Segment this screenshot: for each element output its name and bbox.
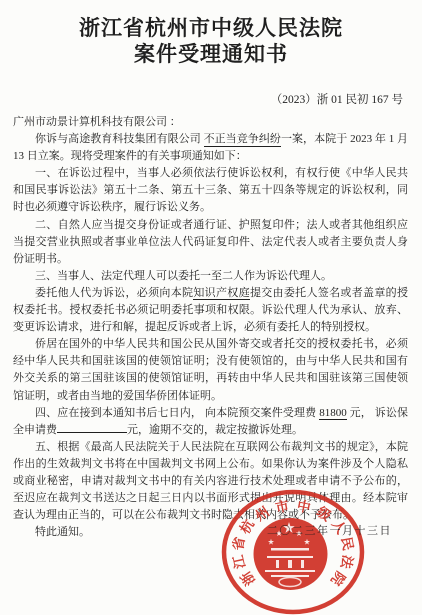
case-acceptance-notice: 浙江省杭州市中级人民法院 案件受理通知书 （2023）浙 01 民初 167 号… (0, 0, 422, 615)
text-segment: 侨居在国外的中华人民共和国公民从国外寄交或者托交的授权委托书，必须经中华人民共和… (13, 338, 408, 401)
text-segment: 你诉与高途教育科技集团有限公司 (35, 133, 204, 145)
fee-amount-blank (57, 422, 127, 433)
text-segment: 一、在诉讼过程中，当事人必须依法行使诉讼权利，有权行使《中华人民共和国民事诉讼法… (13, 167, 408, 213)
paragraph: 一、在诉讼过程中，当事人必须依法行使诉讼权利，有权行使《中华人民共和国民事诉讼法… (13, 165, 408, 216)
paragraph: 三、当事人、法定代理人可以委托一至二人作为诉讼代理人。 (13, 268, 408, 285)
paragraph-list: 你诉与高途教育科技集团有限公司 不正当竞争纠纷一案，本院于 2023 年 1 月… (13, 131, 408, 541)
seal-character: 江 (230, 553, 248, 571)
seal-character: 省 (229, 535, 247, 552)
court-name-title: 浙江省杭州市中级人民法院 (0, 0, 422, 41)
document-title: 案件受理通知书 (0, 41, 422, 67)
notice-body: 广州市动景计算机科技有限公司 ： 你诉与高途教育科技集团有限公司 不正当竞争纠纷… (13, 114, 408, 541)
issue-date: 二〇二三年一月十三日 (267, 522, 392, 538)
underlined-text: 81800 (319, 407, 347, 421)
seal-character: 市 (274, 497, 291, 515)
seal-character: 中 (296, 497, 312, 515)
paragraph: 四、应在接到本通知书后七日内， 向本院预交案件受理费 81800 元， 诉讼保全… (13, 405, 408, 439)
underlined-text: 知识产权庭 (193, 287, 250, 301)
seal-character: 级 (314, 503, 335, 524)
text-segment: 三、当事人、法定代理人可以委托一至二人作为诉讼代理人。 (35, 270, 332, 282)
seal-character: 民 (338, 536, 355, 552)
paragraph: 你诉与高途教育科技集团有限公司 不正当竞争纠纷一案，本院于 2023 年 1 月… (13, 131, 408, 165)
text-segment: 委托他人代为诉讼，必须向本院 (35, 287, 193, 299)
paragraph: 侨居在国外的中华人民共和国公民从国外寄交或者托交的授权委托书，必须经中华人民共和… (13, 336, 408, 404)
seal-character: 州 (252, 504, 272, 524)
recipient-line: 广州市动景计算机科技有限公司 ： (13, 114, 408, 131)
underlined-text: 不正当竞争纠纷 (204, 133, 281, 147)
court-seal: 浙江省杭州市中级人民法院 (218, 488, 368, 615)
seal-character: 院 (328, 569, 349, 590)
case-number: （2023）浙 01 民初 167 号 (0, 91, 422, 107)
seal-character: 浙 (237, 568, 258, 589)
text-segment: 元，逾期不交的，裁定按撤诉处理。 (127, 424, 303, 436)
text-segment: 特此通知。 (35, 526, 90, 538)
seal-character: 法 (338, 554, 357, 571)
text-segment: 二、自然人应当提交身份证或者通行证、护照复印件；法人或者其他组织应当提交营业执照… (13, 219, 408, 265)
paragraph: 委托他人代为诉讼，必须向本院知识产权庭提交由委托人签名或者盖章的授权委托书。授权… (13, 285, 408, 336)
paragraph: 二、自然人应当提交身份证或者通行证、护照复印件；法人或者其他组织应当提交营业执照… (13, 217, 408, 268)
text-segment: 四、应在接到本通知书后七日内， 向本院预交案件受理费 (35, 407, 319, 419)
seal-character: 杭 (236, 516, 257, 536)
